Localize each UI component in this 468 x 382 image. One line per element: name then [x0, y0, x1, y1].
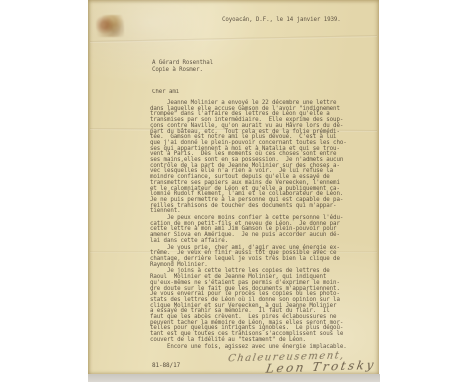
- letter-paragraph: Jeanne Molinier a envoyé le 22 décembre …: [150, 101, 347, 215]
- archive-number: 81-88/17: [152, 363, 180, 369]
- letter-paragraph: Je vous prie, cher ami, d'agir avec une …: [150, 246, 347, 269]
- scan-background: { "letter": { "dateline": "Coyoacán, D.F…: [0, 0, 468, 382]
- dateline: Coyoacán, D.F., le 14 janvier 1939.: [222, 18, 341, 24]
- ink-stain-mark: [96, 15, 124, 37]
- recipient-block: A Gérard Rosenthal Copie à Rosmer.: [152, 60, 213, 74]
- letter-body: Jeanne Molinier a envoyé le 22 décembre …: [150, 101, 347, 351]
- letter-paragraph: Je peux encore moins confier à cette per…: [150, 216, 347, 245]
- letter-paragraph: Je joins à cette lettre les copies de le…: [150, 269, 347, 343]
- paper-bottom-shadow: [88, 374, 380, 382]
- salutation: Cher ami: [152, 90, 179, 96]
- letter-paragraph: Encore une fois, agissez avec une énergi…: [150, 345, 347, 351]
